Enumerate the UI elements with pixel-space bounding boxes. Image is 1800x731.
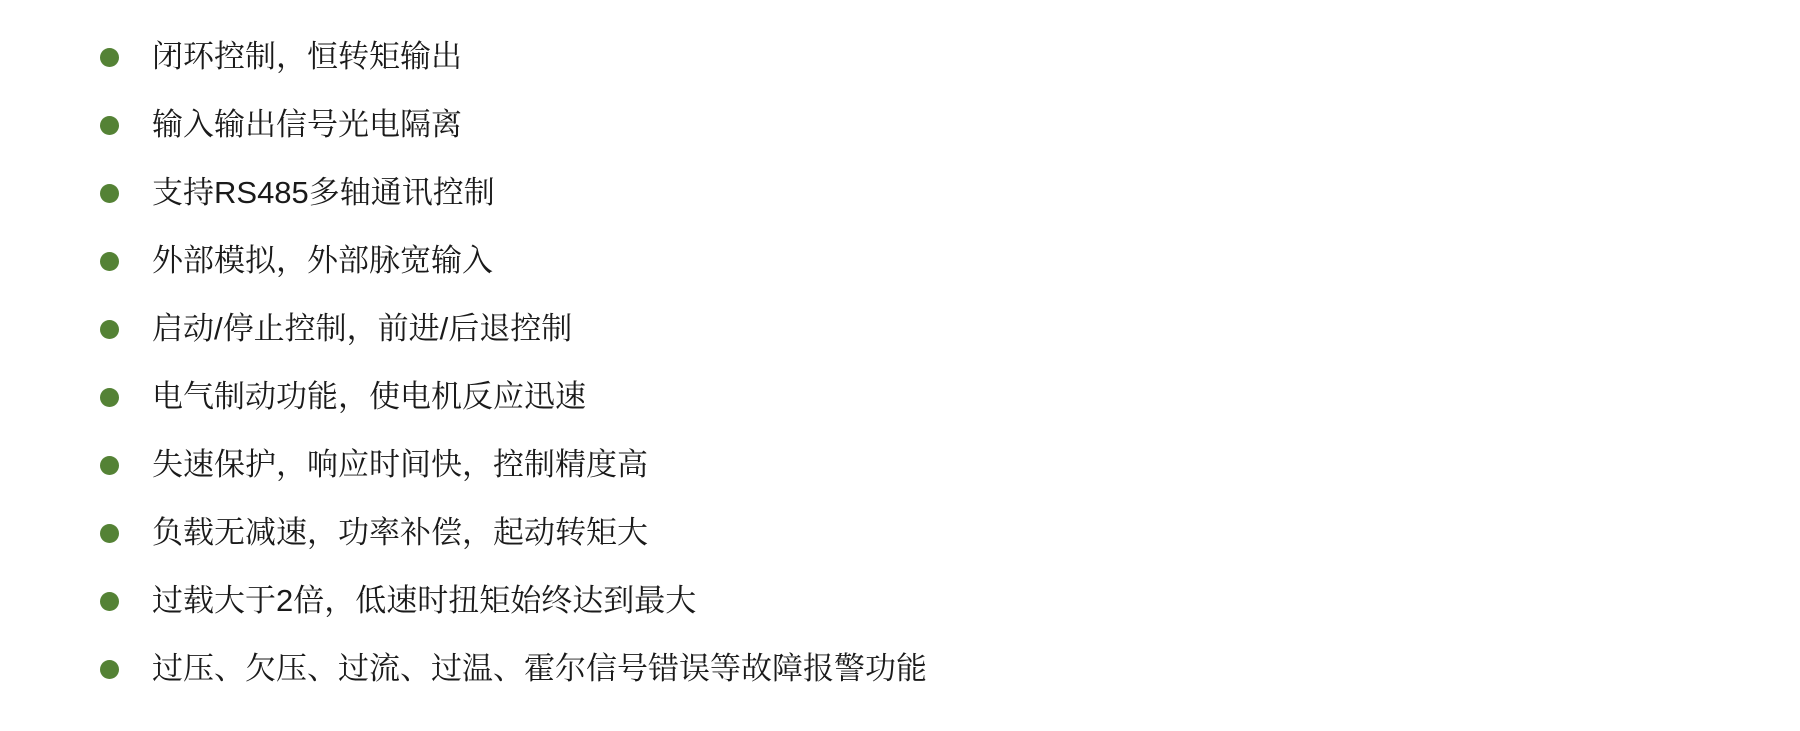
list-item: 过压、欠压、过流、过温、霍尔信号错误等故障报警功能	[100, 635, 1800, 703]
list-item: 闭环控制，恒转矩输出	[100, 23, 1800, 91]
bullet-icon	[100, 116, 119, 135]
list-item: 外部模拟，外部脉宽输入	[100, 227, 1800, 295]
bullet-icon	[100, 592, 119, 611]
bullet-icon	[100, 660, 119, 679]
bullet-icon	[100, 184, 119, 203]
feature-text: 过压、欠压、过流、过温、霍尔信号错误等故障报警功能	[152, 650, 927, 687]
bullet-icon	[100, 48, 119, 67]
list-item: 输入输出信号光电隔离	[100, 91, 1800, 159]
feature-text: 启动/停止控制，前进/后退控制	[152, 310, 572, 347]
list-item: 启动/停止控制，前进/后退控制	[100, 295, 1800, 363]
feature-text: 过载大于2倍，低速时扭矩始终达到最大	[152, 582, 696, 619]
list-item: 电气制动功能，使电机反应迅速	[100, 363, 1800, 431]
bullet-icon	[100, 456, 119, 475]
feature-list: 闭环控制，恒转矩输出 输入输出信号光电隔离 支持RS485多轴通讯控制 外部模拟…	[0, 0, 1800, 703]
feature-text: 外部模拟，外部脉宽输入	[152, 242, 493, 279]
feature-text: 电气制动功能，使电机反应迅速	[152, 378, 586, 415]
feature-text: 失速保护，响应时间快，控制精度高	[152, 446, 648, 483]
feature-text: 输入输出信号光电隔离	[152, 106, 462, 143]
bullet-icon	[100, 524, 119, 543]
bullet-icon	[100, 252, 119, 271]
list-item: 支持RS485多轴通讯控制	[100, 159, 1800, 227]
bullet-icon	[100, 388, 119, 407]
feature-text: 闭环控制，恒转矩输出	[152, 38, 462, 75]
feature-text: 负载无减速，功率补偿，起动转矩大	[152, 514, 648, 551]
list-item: 过载大于2倍，低速时扭矩始终达到最大	[100, 567, 1800, 635]
list-item: 负载无减速，功率补偿，起动转矩大	[100, 499, 1800, 567]
bullet-icon	[100, 320, 119, 339]
feature-text: 支持RS485多轴通讯控制	[152, 174, 495, 211]
list-item: 失速保护，响应时间快，控制精度高	[100, 431, 1800, 499]
